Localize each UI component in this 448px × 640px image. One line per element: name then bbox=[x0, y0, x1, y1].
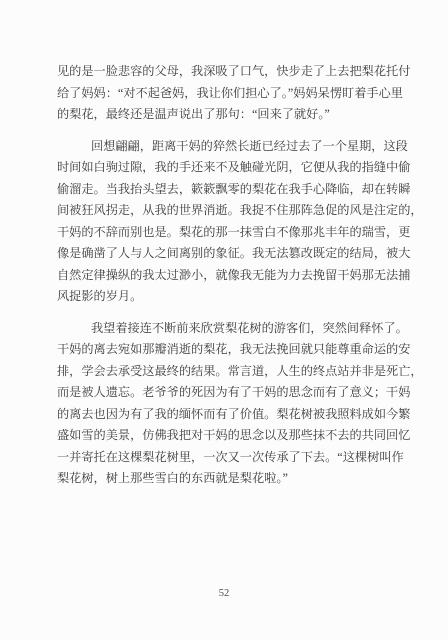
text-line: 干妈的不辞而别也是。梨花的那一抹雪白不像那兆丰年的瑞雪，更 bbox=[57, 222, 425, 244]
text-line: 回想翩翩，距离干妈的猝然长逝已经过去了一个星期，这段 bbox=[57, 136, 425, 158]
text-line: 一并寄托在这棵梨花树里，一次又一次传承了下去。“这棵树叫作 bbox=[57, 447, 425, 469]
page-number: 52 bbox=[219, 588, 230, 599]
text-line: 的梨花，最终还是温声说出了那句：“回来了就好。” bbox=[57, 104, 425, 126]
text-line: 我望着接连不断前来欣赏梨花树的游客们，突然间释怀了。 bbox=[57, 318, 425, 340]
document-body: 见的是一脸悲容的父母，我深吸了口气，快步走了上去把梨花托付给了妈妈：“对不起爸妈… bbox=[57, 61, 425, 490]
text-line: 间被狂风拐走，从我的世界消逝。我捉不住那阵急促的风是注定的， bbox=[57, 200, 425, 222]
text-line: 干妈的离去宛如那瓣消逝的梨花，我无法挽回就只能尊重命运的安 bbox=[57, 339, 425, 361]
paragraph: 我望着接连不断前来欣赏梨花树的游客们，突然间释怀了。干妈的离去宛如那瓣消逝的梨花… bbox=[57, 318, 425, 490]
text-line: 见的是一脸悲容的父母，我深吸了口气，快步走了上去把梨花托付 bbox=[57, 61, 425, 83]
text-line: 自然定律操纵的我太过渺小，就像我无能为力去挽留干妈那无法捕 bbox=[57, 265, 425, 287]
text-line: 时间如白驹过隙，我的手还来不及触碰光阴，它便从我的指缝中偷 bbox=[57, 157, 425, 179]
document-page: 见的是一脸悲容的父母，我深吸了口气，快步走了上去把梨花托付给了妈妈：“对不起爸妈… bbox=[0, 0, 448, 640]
text-line: 的离去也因为有了我的缅怀而有了价值。梨花树被我照料成如今繁 bbox=[57, 404, 425, 426]
paragraph: 见的是一脸悲容的父母，我深吸了口气，快步走了上去把梨花托付给了妈妈：“对不起爸妈… bbox=[57, 61, 425, 126]
text-line: 风捉影的岁月。 bbox=[57, 286, 425, 308]
text-line: 排，学会去承受这最终的结果。常言道，人生的终点站并非是死亡， bbox=[57, 361, 425, 383]
text-line: 梨花树，树上那些雪白的东西就是梨花啦。” bbox=[57, 468, 425, 490]
page-footer: 52 bbox=[0, 587, 448, 601]
paragraph: 回想翩翩，距离干妈的猝然长逝已经过去了一个星期，这段时间如白驹过隙，我的手还来不… bbox=[57, 136, 425, 308]
text-line: 像是确凿了人与人之间离别的象征。我无法篡改既定的结局，被大 bbox=[57, 243, 425, 265]
text-line: 给了妈妈：“对不起爸妈，我让你们担心了。”妈妈呆愣盯着手心里 bbox=[57, 83, 425, 105]
text-line: 偷溜走。当我抬头望去，簌簌飘零的梨花在我手心降临，却在转瞬 bbox=[57, 179, 425, 201]
text-line: 盛如雪的美景，仿佛我把对干妈的思念以及那些抹不去的共同回忆 bbox=[57, 425, 425, 447]
text-line: 而是被人遗忘。老爷爷的死因为有了干妈的思念而有了意义；干妈 bbox=[57, 382, 425, 404]
